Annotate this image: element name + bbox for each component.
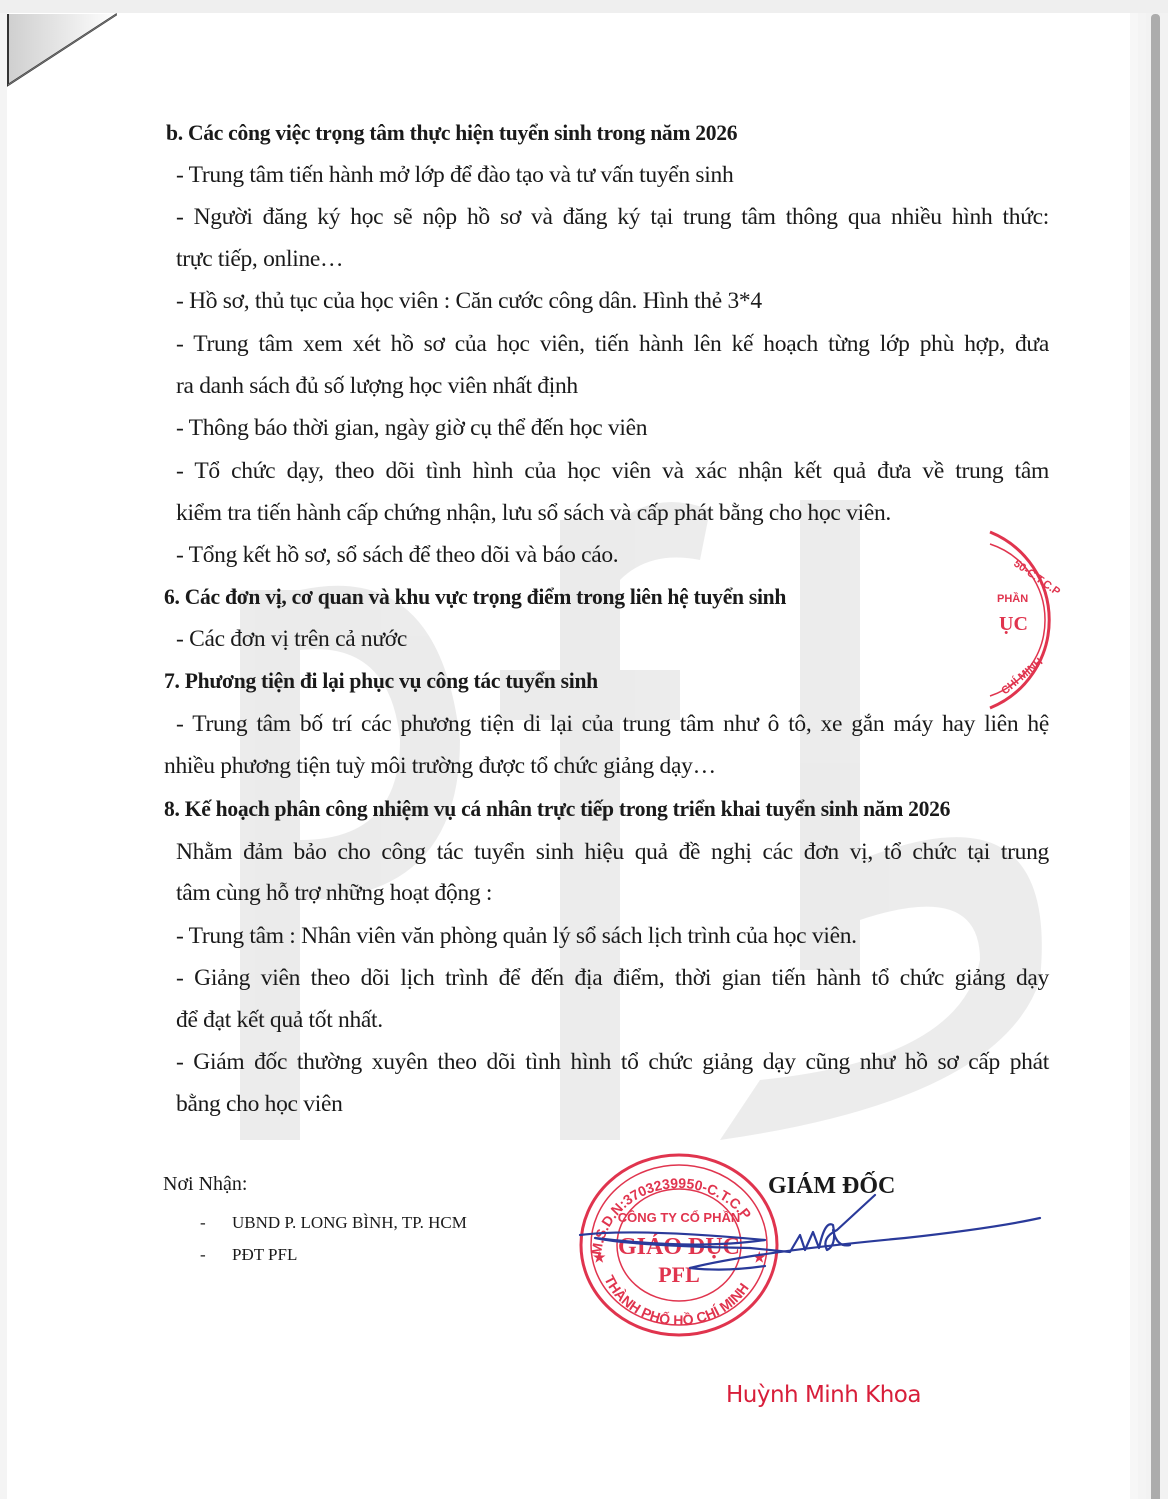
paragraph-line: bằng cho học viên xyxy=(176,1090,343,1118)
paragraph-line: - Trung tâm xem xét hồ sơ của học viên, … xyxy=(176,330,1049,358)
paragraph-line: Nhằm đảm bảo cho công tác tuyển sinh hiệ… xyxy=(176,838,1049,866)
list-dash: - xyxy=(200,1245,206,1265)
paragraph-line: - Thông báo thời gian, ngày giờ cụ thể đ… xyxy=(176,414,647,442)
svg-text:CHÍ MINH: CHÍ MINH xyxy=(999,655,1046,697)
signer-name: Huỳnh Minh Khoa xyxy=(726,1382,921,1408)
page-edge xyxy=(1130,13,1138,1499)
paragraph-line: - Giám đốc thường xuyên theo dõi tình hì… xyxy=(176,1048,1049,1076)
section-7-heading: 7. Phương tiện đi lại phục vụ công tác t… xyxy=(164,667,598,695)
svg-text:ỤC: ỤC xyxy=(999,613,1028,635)
paragraph-line: - Hồ sơ, thủ tục của học viên : Căn cước… xyxy=(176,287,762,315)
paragraph-line: ra danh sách đủ số lượng học viên nhất đ… xyxy=(176,372,578,400)
paragraph-line: nhiều phương tiện tuỳ môi trường được tổ… xyxy=(164,752,716,780)
section-8-heading: 8. Kế hoạch phân công nhiệm vụ cá nhân t… xyxy=(164,795,950,823)
paragraph-line: - Giảng viên theo dõi lịch trình để đến … xyxy=(176,964,1049,992)
paragraph-line: trực tiếp, online… xyxy=(176,245,343,273)
viewer-top-bar xyxy=(0,0,1168,13)
paragraph-line: tâm cùng hỗ trợ những hoạt động : xyxy=(176,879,492,907)
partial-stamp-icon: 50-C.T.C.P PHẦN ỤC CHÍ MINH xyxy=(985,520,1085,720)
paragraph-line: - Các đơn vị trên cả nước xyxy=(176,625,407,653)
section-b-heading: b. Các công việc trọng tâm thực hiện tuy… xyxy=(166,119,737,147)
signature-icon xyxy=(575,1190,1045,1280)
svg-text:PHẦN: PHẦN xyxy=(997,592,1028,605)
recipient-text: UBND P. LONG BÌNH, TP. HCM xyxy=(232,1213,467,1233)
paragraph-line: để đạt kết quả tốt nhất. xyxy=(176,1006,383,1034)
paragraph-line: - Trung tâm tiến hành mở lớp để đào tạo … xyxy=(176,161,733,189)
paragraph-line: - Trung tâm : Nhân viên văn phòng quản l… xyxy=(176,922,857,950)
paragraph-line: - Tổng kết hồ sơ, sổ sách để theo dõi và… xyxy=(176,541,618,569)
paragraph-line: - Người đăng ký học sẽ nộp hồ sơ và đăng… xyxy=(176,203,1049,231)
section-6-heading: 6. Các đơn vị, cơ quan và khu vực trọng … xyxy=(164,583,786,611)
paragraph-line: kiểm tra tiến hành cấp chứng nhận, lưu s… xyxy=(176,499,891,527)
page-fold-icon xyxy=(7,13,117,88)
recipient-text: PĐT PFL xyxy=(232,1245,297,1265)
paragraph-line: - Trung tâm bố trí các phương tiện di lạ… xyxy=(176,710,1049,738)
list-dash: - xyxy=(200,1213,206,1233)
recipients-title: Nơi Nhận: xyxy=(163,1173,247,1196)
paragraph-line: - Tổ chức dạy, theo dõi tình hình của họ… xyxy=(176,457,1049,485)
scrollbar-thumb[interactable] xyxy=(1151,14,1160,1499)
